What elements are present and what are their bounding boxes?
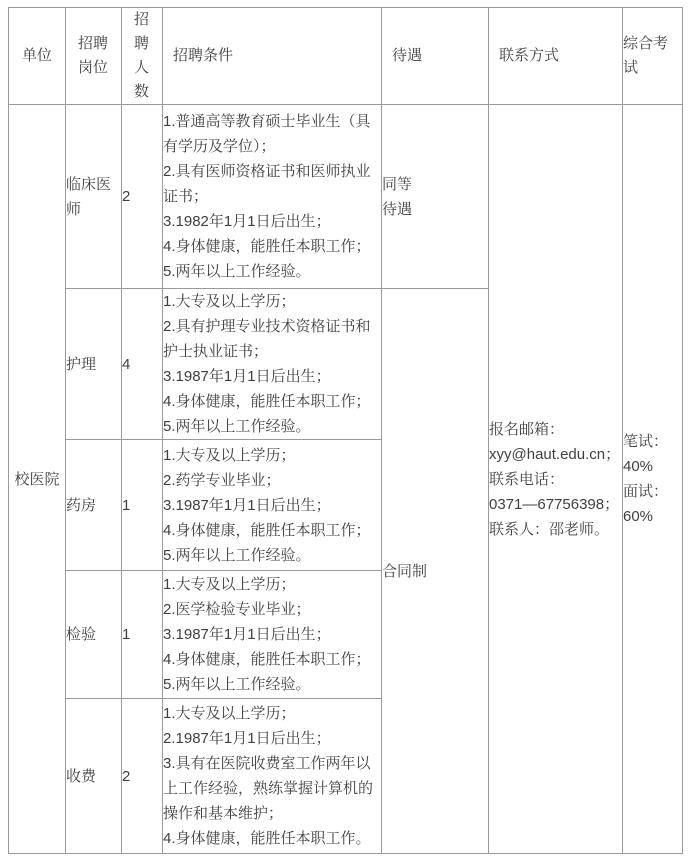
header-position: 招聘岗位 <box>66 8 122 105</box>
treatment-contract-cell: 合同制 <box>382 289 489 854</box>
position-cell: 护理 <box>66 289 122 440</box>
count-cell: 4 <box>122 289 163 440</box>
unit-cell: 校医院 <box>9 105 66 854</box>
count-cell: 2 <box>122 699 163 854</box>
position-cell: 药房 <box>66 440 122 571</box>
conditions-cell: 1.大专及以上学历； 2.医学检验专业毕业； 3.1987年1月1日后出生； 4… <box>163 571 382 699</box>
header-exam: 综合考试 <box>623 8 683 105</box>
header-treatment: 待遇 <box>382 8 489 105</box>
recruitment-table: 单位 招聘岗位 招聘人数 招聘条件 待遇 联系方式 综合考试 校医院 临床医师 … <box>8 7 683 854</box>
table-row-clinician: 校医院 临床医师 2 1.普通高等教育硕士毕业生（具有学历及学位）； 2.具有医… <box>9 105 683 289</box>
position-cell: 检验 <box>66 571 122 699</box>
position-cell: 临床医师 <box>66 105 122 289</box>
conditions-cell: 1.普通高等教育硕士毕业生（具有学历及学位）； 2.具有医师资格证书和医师执业证… <box>163 105 382 289</box>
count-cell: 1 <box>122 571 163 699</box>
header-count: 招聘人数 <box>122 8 163 105</box>
table-header-row: 单位 招聘岗位 招聘人数 招聘条件 待遇 联系方式 综合考试 <box>9 8 683 105</box>
conditions-cell: 1.大专及以上学历； 2.1987年1月1日后出生； 3.具有在医院收费室工作两… <box>163 699 382 854</box>
count-cell: 2 <box>122 105 163 289</box>
page: 单位 招聘岗位 招聘人数 招聘条件 待遇 联系方式 综合考试 校医院 临床医师 … <box>0 0 690 858</box>
conditions-cell: 1.大专及以上学历； 2.药学专业毕业； 3.1987年1月1日后出生； 4.身… <box>163 440 382 571</box>
contact-cell: 报名邮箱： xyy@haut.edu.cn； 联系电话： 0371—677563… <box>489 105 623 854</box>
treatment-equal-cell: 同等 待遇 <box>382 105 489 289</box>
conditions-cell: 1.大专及以上学历； 2.具有护理专业技术资格证书和护士执业证书； 3.1987… <box>163 289 382 440</box>
position-cell: 收费 <box>66 699 122 854</box>
exam-cell: 笔试： 40% 面试： 60% <box>623 105 683 854</box>
count-cell: 1 <box>122 440 163 571</box>
header-unit: 单位 <box>9 8 66 105</box>
header-contact: 联系方式 <box>489 8 623 105</box>
header-conditions: 招聘条件 <box>163 8 382 105</box>
